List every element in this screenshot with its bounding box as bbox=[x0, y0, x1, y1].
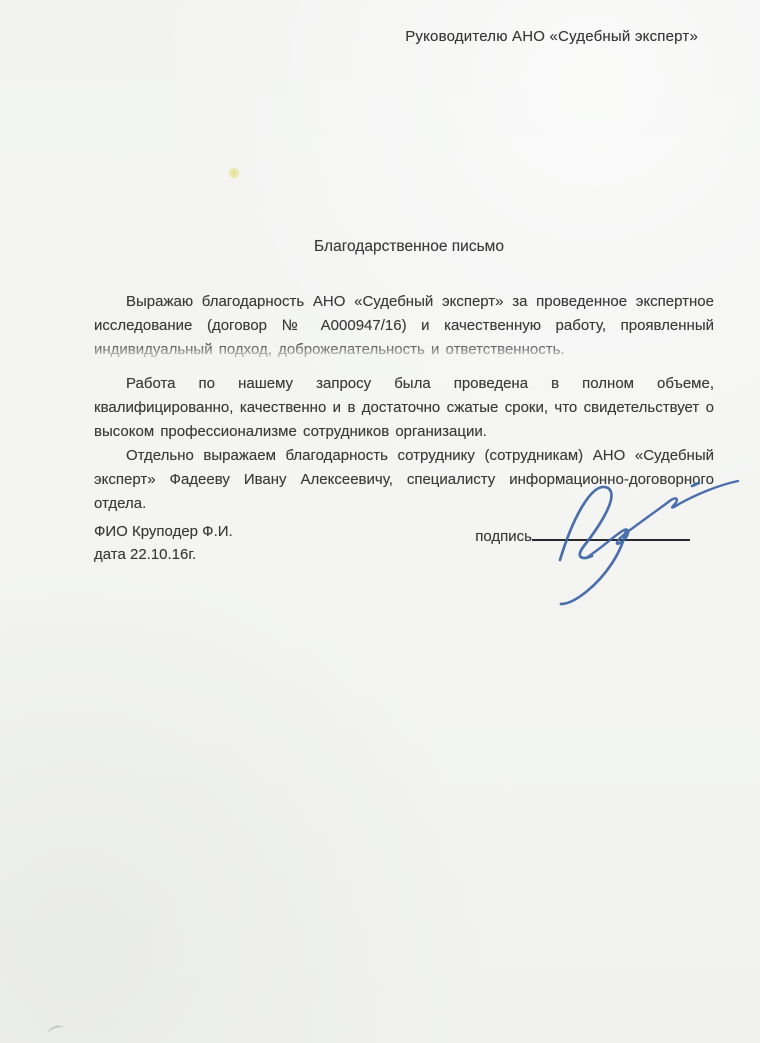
paragraph-employee-thanks: Отдельно выражаем благодарность сотрудни… bbox=[94, 444, 714, 516]
signature-underline bbox=[532, 525, 690, 541]
signature-line-block: подпись bbox=[475, 525, 714, 545]
letter-title: Благодарственное письмо bbox=[29, 238, 760, 256]
paragraph-gratitude: Выражаю благодарность АНО «Судебный эксп… bbox=[94, 290, 714, 362]
paper-stain bbox=[228, 167, 240, 179]
fio-date-block: ФИО Круподер Ф.И. дата 22.10.16г. bbox=[94, 520, 233, 566]
fio-line: ФИО Круподер Ф.И. bbox=[94, 520, 233, 543]
paragraph-work-quality: Работа по нашему запросу была проведена … bbox=[94, 372, 714, 444]
scanned-letter-page: Руководителю АНО «Судебный эксперт» Благ… bbox=[0, 0, 760, 1043]
letter-body: Выражаю благодарность АНО «Судебный эксп… bbox=[94, 290, 714, 516]
paper-smudge bbox=[47, 1024, 65, 1038]
signature-label: подпись bbox=[475, 528, 532, 545]
date-line: дата 22.10.16г. bbox=[94, 543, 233, 566]
recipient-line: Руководителю АНО «Судебный эксперт» bbox=[405, 28, 698, 45]
signature-block: ФИО Круподер Ф.И. дата 22.10.16г. подпис… bbox=[94, 520, 714, 566]
